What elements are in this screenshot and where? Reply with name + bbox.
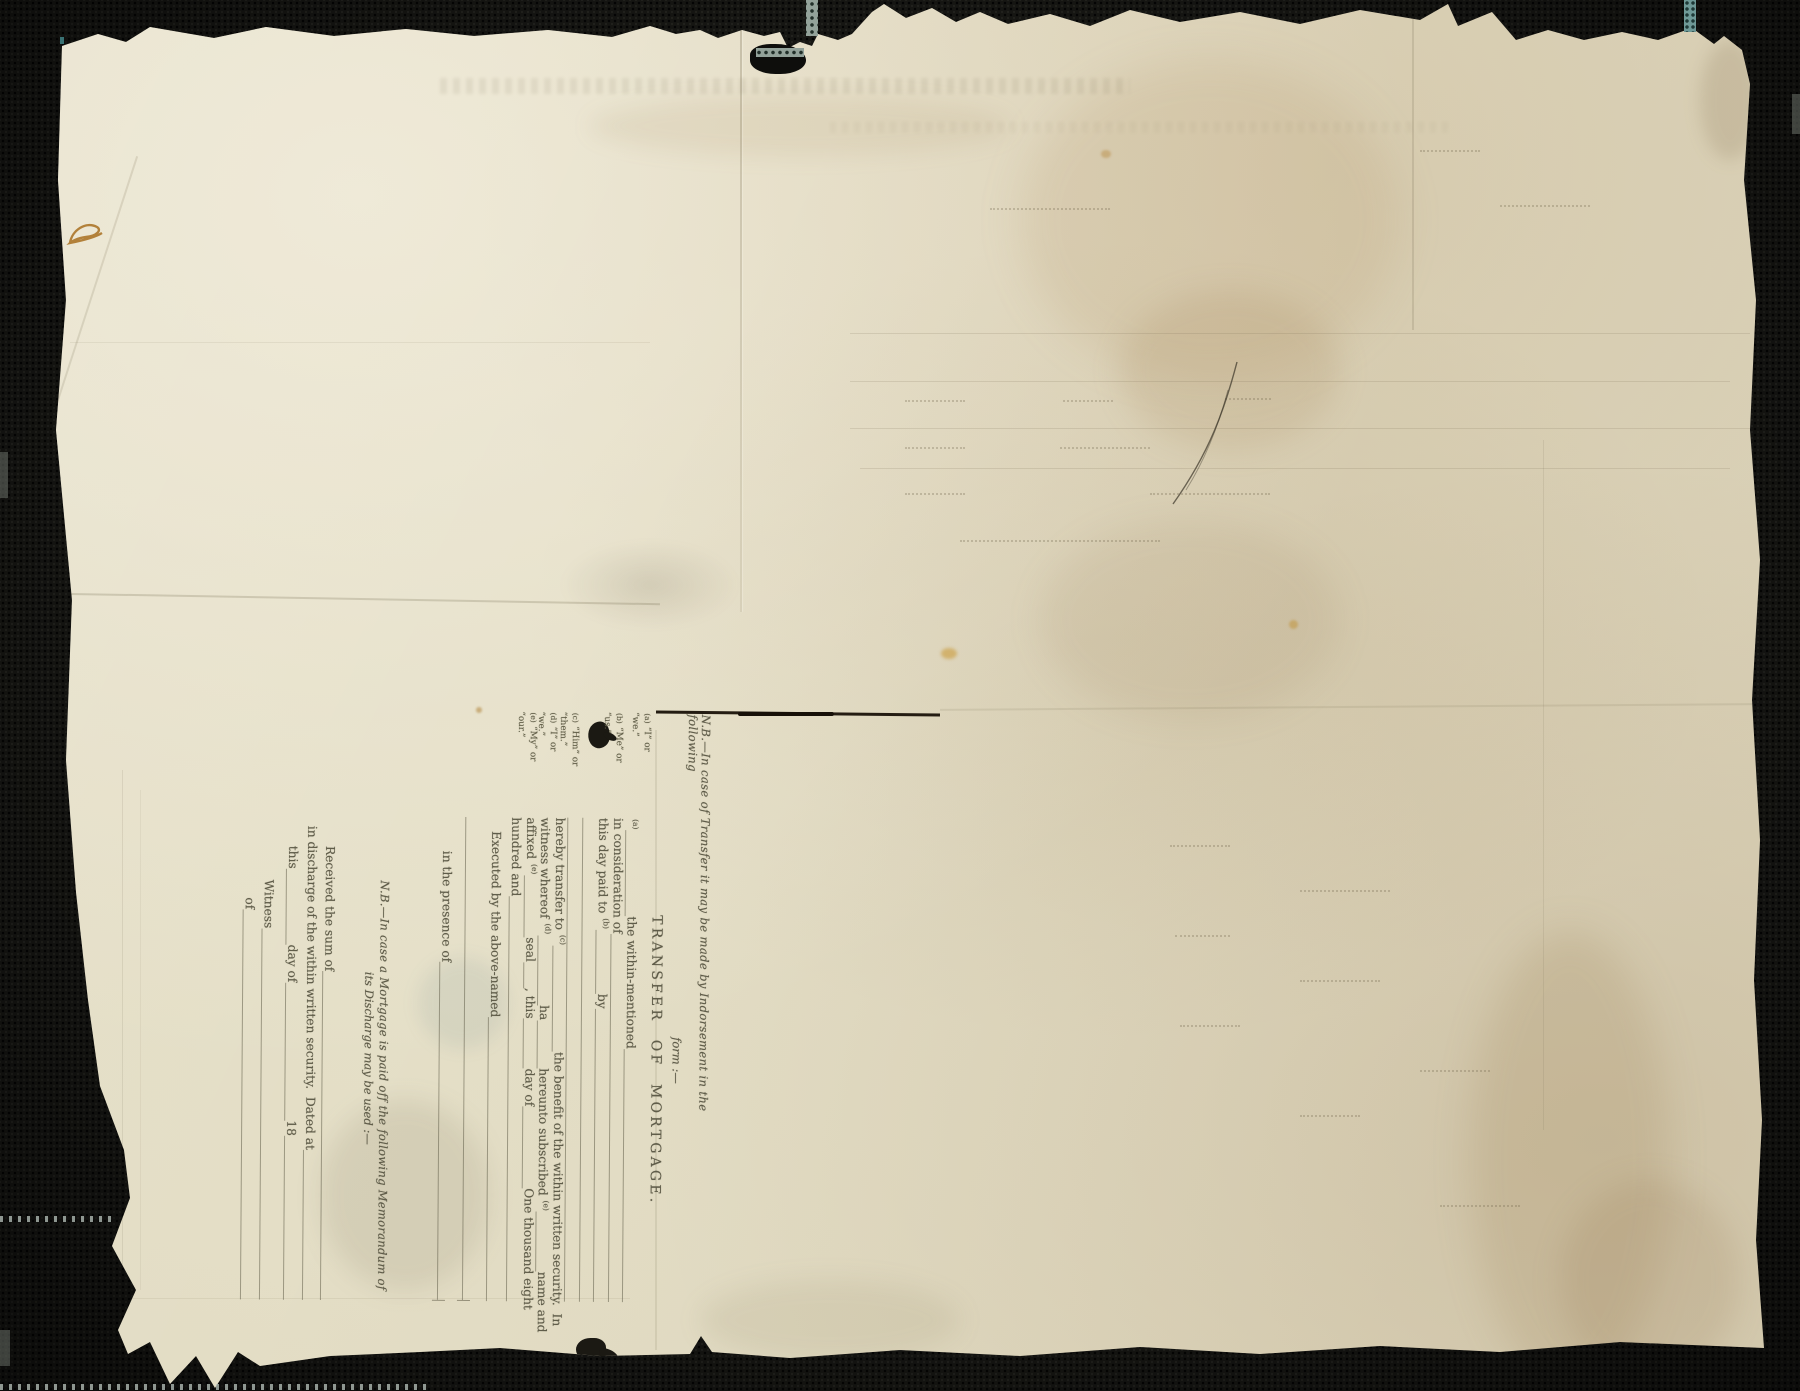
scanner-strap-teal: [1684, 0, 1696, 32]
pen-scratch: [1173, 362, 1237, 504]
scanner-speck: [60, 37, 64, 44]
board-perforation-row: [0, 1216, 112, 1222]
scanner-strap-vertical: [806, 0, 818, 36]
paper-sheet: N.B.—In case of Transfer it may be made …: [0, 0, 1800, 1391]
orange-ink-squiggle: [70, 225, 102, 243]
pen-marks: [0, 0, 1800, 1391]
scanner-edge-mark: [1792, 94, 1800, 134]
scan-stage: N.B.—In case of Transfer it may be made …: [0, 0, 1800, 1391]
scanner-edge-mark: [0, 452, 8, 498]
scanner-strap-horizontal: [756, 48, 804, 57]
board-perforation-row: [0, 1384, 430, 1390]
scanner-edge-mark: [0, 1330, 10, 1366]
